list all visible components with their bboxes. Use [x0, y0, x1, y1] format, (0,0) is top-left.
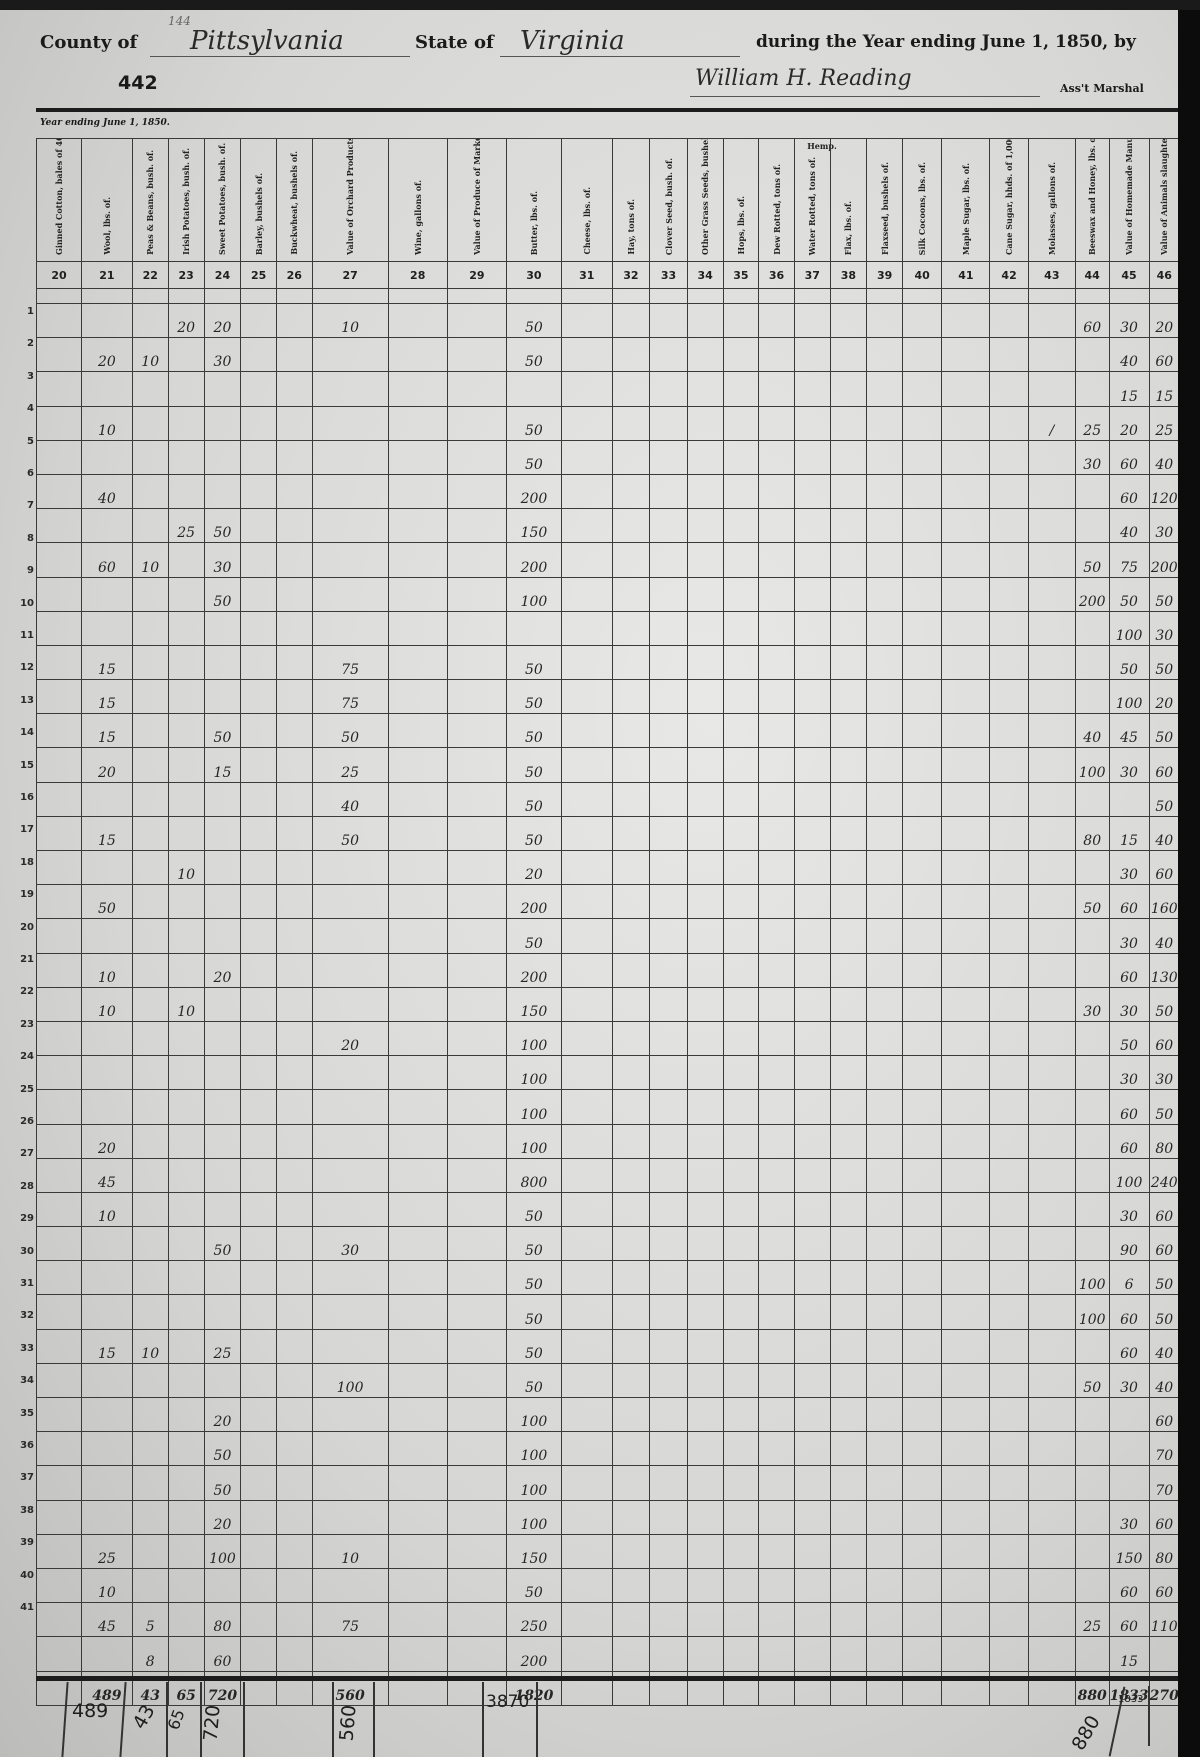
table-cell	[867, 953, 903, 987]
row-number: 12	[10, 662, 34, 673]
table-cell	[168, 1295, 204, 1329]
table-cell: 15	[204, 748, 241, 782]
table-row: 501002005050	[37, 577, 1180, 611]
table-cell: 50	[1149, 577, 1179, 611]
table-cell: 30	[1109, 987, 1149, 1021]
spacer-cell	[312, 289, 388, 304]
table-cell	[830, 1021, 867, 1055]
table-cell	[867, 1295, 903, 1329]
table-cell	[990, 748, 1029, 782]
table-cell	[867, 851, 903, 885]
table-cell	[867, 1568, 903, 1602]
table-cell	[830, 1603, 867, 1637]
column-header: Cheese, lbs. of.	[561, 139, 612, 262]
table-cell: 5	[132, 1603, 168, 1637]
table-cell: 75	[312, 645, 388, 679]
table-cell	[612, 1500, 650, 1534]
column-number: 40	[902, 262, 941, 289]
table-row: 501006050	[37, 1295, 1180, 1329]
table-cell	[942, 304, 990, 338]
table-cell: 160	[1149, 885, 1179, 919]
table-cell	[942, 1603, 990, 1637]
table-row: 5010070	[37, 1466, 1180, 1500]
table-cell	[37, 1124, 82, 1158]
table-cell	[561, 782, 612, 816]
column-header-label: Wine, gallons of.	[414, 180, 422, 255]
table-cell	[723, 1021, 759, 1055]
table-cell	[1075, 1534, 1109, 1568]
table-cell: 50	[1149, 782, 1179, 816]
table-cell	[37, 1227, 82, 1261]
table-cell	[990, 885, 1029, 919]
table-cell	[942, 1363, 990, 1397]
table-cell	[723, 577, 759, 611]
total-divider	[373, 1682, 375, 1757]
table-cell	[312, 509, 388, 543]
table-cell	[241, 406, 277, 440]
row-number: 37	[10, 1472, 34, 1483]
table-cell	[990, 1158, 1029, 1192]
table-cell	[388, 1295, 447, 1329]
table-row: 10030	[37, 611, 1180, 645]
table-cell: 200	[506, 474, 561, 508]
table-cell	[867, 1158, 903, 1192]
table-cell: 10	[312, 1534, 388, 1568]
table-cell	[723, 782, 759, 816]
column-number: 35	[723, 262, 759, 289]
table-cell: 60	[1149, 748, 1179, 782]
table-cell	[132, 645, 168, 679]
table-cell	[687, 1158, 723, 1192]
table-row: 50306040	[37, 440, 1180, 474]
table-cell	[241, 509, 277, 543]
table-cell	[1028, 1568, 1075, 1602]
table-cell	[942, 919, 990, 953]
table-cell	[132, 474, 168, 508]
table-cell: 60	[1109, 1090, 1149, 1124]
table-cell	[650, 1124, 688, 1158]
marshal-name: William H. Reading	[695, 66, 912, 91]
table-cell	[241, 1158, 277, 1192]
table-cell	[990, 816, 1029, 850]
table-cell	[942, 1192, 990, 1226]
table-cell	[168, 1021, 204, 1055]
table-cell	[82, 1261, 133, 1295]
table-cell	[37, 1568, 82, 1602]
table-cell	[867, 611, 903, 645]
table-cell	[132, 1261, 168, 1295]
table-cell	[612, 509, 650, 543]
table-cell: 30	[1109, 1192, 1149, 1226]
table-cell	[687, 1124, 723, 1158]
table-cell	[312, 1500, 388, 1534]
table-cell	[867, 440, 903, 474]
table-cell	[794, 816, 830, 850]
column-header-label: Other Grass Seeds, bushels of.	[701, 143, 709, 255]
table-cell	[650, 645, 688, 679]
table-cell	[132, 304, 168, 338]
table-cell	[168, 782, 204, 816]
table-cell	[687, 1500, 723, 1534]
table-cell	[561, 1295, 612, 1329]
table-cell	[276, 714, 312, 748]
table-cell	[312, 474, 388, 508]
table-cell	[830, 543, 867, 577]
table-cell	[867, 1329, 903, 1363]
table-cell: 50	[312, 816, 388, 850]
table-cell	[650, 885, 688, 919]
table-cell: 60	[1109, 885, 1149, 919]
table-cell	[794, 645, 830, 679]
table-cell	[37, 1398, 82, 1432]
table-cell	[830, 680, 867, 714]
table-cell	[241, 680, 277, 714]
table-cell: 15	[1149, 372, 1179, 406]
table-cell	[759, 782, 795, 816]
column-number: 24	[204, 262, 241, 289]
table-cell	[388, 372, 447, 406]
table-cell	[759, 543, 795, 577]
table-cell	[830, 885, 867, 919]
table-cell	[561, 577, 612, 611]
table-cell	[612, 372, 650, 406]
table-cell	[1028, 1432, 1075, 1466]
table-cell	[241, 440, 277, 474]
table-cell	[942, 714, 990, 748]
table-cell: 100	[506, 1021, 561, 1055]
table-cell	[1028, 1637, 1075, 1671]
table-row: 45580752502560110	[37, 1603, 1180, 1637]
table-cell: 60	[1149, 1021, 1179, 1055]
table-cell	[867, 1432, 903, 1466]
table-cell	[1028, 919, 1075, 953]
table-cell: 60	[1109, 953, 1149, 987]
table-cell: 50	[506, 1261, 561, 1295]
table-row: 1575505050	[37, 645, 1180, 679]
table-cell	[312, 1329, 388, 1363]
table-cell	[37, 372, 82, 406]
table-cell	[990, 1021, 1029, 1055]
table-cell	[1028, 1500, 1075, 1534]
table-cell	[723, 851, 759, 885]
table-cell	[388, 1021, 447, 1055]
table-cell: 10	[312, 304, 388, 338]
table-cell	[37, 1021, 82, 1055]
spacer-cell	[204, 289, 241, 304]
table-cell	[132, 1295, 168, 1329]
table-cell	[276, 782, 312, 816]
table-cell	[276, 1568, 312, 1602]
table-cell	[132, 1227, 168, 1261]
table-cell	[759, 338, 795, 372]
table-cell	[942, 1637, 990, 1671]
page-number: 442	[118, 72, 158, 94]
table-cell: 75	[312, 680, 388, 714]
spacer-cell	[561, 289, 612, 304]
table-cell	[312, 851, 388, 885]
row-number: 35	[10, 1408, 34, 1419]
row-number: 6	[10, 468, 34, 479]
column-header: Dew Rotted, tons of.	[759, 139, 795, 262]
table-cell: 50	[82, 885, 133, 919]
table-cell	[902, 919, 941, 953]
table-cell	[687, 509, 723, 543]
column-header-label: Value of Homemade Manufactures.	[1125, 143, 1133, 255]
table-cell	[1028, 816, 1075, 850]
table-cell	[990, 1363, 1029, 1397]
column-header: Ginned Cotton, bales of 400 lbs. each.	[37, 139, 82, 262]
table-cell	[902, 1466, 941, 1500]
table-cell	[276, 1227, 312, 1261]
table-cell: 25	[168, 509, 204, 543]
table-cell	[276, 645, 312, 679]
row-number: 27	[10, 1148, 34, 1159]
table-cell	[447, 474, 506, 508]
table-cell	[990, 1227, 1029, 1261]
row-number: 22	[10, 986, 34, 997]
table-cell	[37, 1466, 82, 1500]
table-cell	[276, 611, 312, 645]
table-cell	[276, 816, 312, 850]
table-cell	[1109, 1466, 1149, 1500]
table-cell	[561, 1500, 612, 1534]
table-cell	[867, 372, 903, 406]
table-cell	[902, 1090, 941, 1124]
table-cell	[168, 1500, 204, 1534]
table-cell	[1028, 1192, 1075, 1226]
row-number: 3	[10, 371, 34, 382]
table-cell	[37, 304, 82, 338]
table-cell	[902, 1329, 941, 1363]
table-cell	[990, 1500, 1029, 1534]
table-cell	[902, 645, 941, 679]
table-cell	[867, 304, 903, 338]
table-cell	[612, 1534, 650, 1568]
table-cell	[902, 577, 941, 611]
table-cell	[37, 953, 82, 987]
table-cell	[830, 1466, 867, 1500]
table-cell	[794, 1124, 830, 1158]
table-cell	[942, 680, 990, 714]
table-cell	[1028, 987, 1075, 1021]
table-cell	[132, 509, 168, 543]
table-cell: 20	[312, 1021, 388, 1055]
table-cell	[650, 1056, 688, 1090]
table-cell	[447, 645, 506, 679]
table-cell	[650, 1158, 688, 1192]
table-cell	[132, 919, 168, 953]
row-number: 32	[10, 1310, 34, 1321]
table-cell	[82, 1295, 133, 1329]
table-cell	[759, 1192, 795, 1226]
table-cell	[276, 1261, 312, 1295]
table-cell	[830, 1158, 867, 1192]
table-cell	[942, 1295, 990, 1329]
table-cell	[759, 748, 795, 782]
table-cell: 80	[1149, 1124, 1179, 1158]
table-cell	[168, 1637, 204, 1671]
table-cell	[990, 372, 1029, 406]
table-cell	[650, 1261, 688, 1295]
table-cell	[942, 577, 990, 611]
table-cell	[759, 440, 795, 474]
table-cell	[168, 1329, 204, 1363]
table-cell	[168, 1261, 204, 1295]
column-number: 39	[867, 262, 903, 289]
table-cell	[1028, 543, 1075, 577]
table-row: 15505050404550	[37, 714, 1180, 748]
table-cell	[942, 509, 990, 543]
spacer-cell	[37, 289, 82, 304]
table-cell	[37, 987, 82, 1021]
table-cell	[650, 782, 688, 816]
table-cell	[37, 440, 82, 474]
table-cell	[1075, 611, 1109, 645]
table-cell	[276, 1637, 312, 1671]
table-cell	[723, 714, 759, 748]
table-cell	[168, 748, 204, 782]
table-cell: 60	[1109, 1124, 1149, 1158]
table-cell	[204, 885, 241, 919]
marshal-label: Ass't Marshal	[1060, 82, 1144, 95]
table-cell	[168, 816, 204, 850]
table-cell	[794, 1090, 830, 1124]
table-cell	[132, 1568, 168, 1602]
table-cell	[794, 1534, 830, 1568]
county-stamp: 144	[168, 14, 191, 28]
table-cell	[168, 1056, 204, 1090]
table-cell	[312, 1124, 388, 1158]
table-cell	[794, 680, 830, 714]
table-cell	[168, 1466, 204, 1500]
table-cell	[447, 1021, 506, 1055]
table-cell	[1075, 1329, 1109, 1363]
table-cell	[447, 1158, 506, 1192]
column-header-label: Value of Animals slaughtered.	[1160, 143, 1168, 255]
column-number: 29	[447, 262, 506, 289]
table-cell	[241, 1227, 277, 1261]
table-cell	[612, 714, 650, 748]
table-cell	[561, 1568, 612, 1602]
column-header: Value of Orchard Products in dollars.	[312, 139, 388, 262]
table-cell	[867, 543, 903, 577]
spacer-cell	[867, 289, 903, 304]
table-cell	[132, 885, 168, 919]
table-cell	[990, 1056, 1029, 1090]
table-cell	[276, 953, 312, 987]
table-cell	[168, 1363, 204, 1397]
table-cell	[1075, 782, 1109, 816]
scan-edge-right	[1178, 0, 1200, 1757]
table-cell	[990, 987, 1029, 1021]
table-cell	[132, 748, 168, 782]
table-cell	[241, 474, 277, 508]
table-cell	[650, 919, 688, 953]
spacer-cell	[447, 289, 506, 304]
table-cell	[612, 1192, 650, 1226]
table-cell	[561, 1056, 612, 1090]
table-cell	[37, 885, 82, 919]
table-cell	[241, 885, 277, 919]
table-cell	[612, 1227, 650, 1261]
table-cell	[312, 987, 388, 1021]
table-cell	[37, 1158, 82, 1192]
table-cell	[990, 338, 1029, 372]
table-cell	[312, 1295, 388, 1329]
table-cell: 10	[168, 851, 204, 885]
table-cell	[723, 645, 759, 679]
table-cell	[759, 1227, 795, 1261]
table-cell	[561, 1124, 612, 1158]
table-cell	[650, 1021, 688, 1055]
table-cell	[82, 1363, 133, 1397]
column-header-label: Flax, lbs. of.	[844, 201, 852, 255]
table-cell	[132, 440, 168, 474]
table-cell	[276, 1500, 312, 1534]
table-cell	[241, 645, 277, 679]
table-row: 10506060	[37, 1568, 1180, 1602]
table-cell: 30	[1109, 1500, 1149, 1534]
subheader: Year ending June 1, 1850.	[40, 118, 170, 128]
table-cell: 30	[1109, 919, 1149, 953]
table-cell	[447, 1295, 506, 1329]
column-header-label: Beeswax and Honey, lbs. of.	[1088, 143, 1096, 255]
table-cell	[759, 1056, 795, 1090]
table-cell	[612, 885, 650, 919]
table-cell	[942, 645, 990, 679]
table-cell	[830, 953, 867, 987]
table-cell	[902, 1295, 941, 1329]
table-row: 151025506040	[37, 1329, 1180, 1363]
table-cell	[759, 1295, 795, 1329]
column-header: Irish Potatoes, bush. of.	[168, 139, 204, 262]
table-cell: 50	[1109, 577, 1149, 611]
spacer-cell	[902, 289, 941, 304]
table-cell: 15	[82, 816, 133, 850]
total-wool: 489	[72, 1700, 108, 1722]
table-cell	[650, 953, 688, 987]
table-cell	[759, 987, 795, 1021]
table-cell: 20	[204, 1500, 241, 1534]
table-cell	[759, 714, 795, 748]
table-cell	[867, 1500, 903, 1534]
table-cell: 15	[1109, 816, 1149, 850]
table-cell: 60	[1109, 1603, 1149, 1637]
table-cell: 40	[1109, 509, 1149, 543]
column-header: Flaxseed, bushels of.	[867, 139, 903, 262]
table-cell	[561, 1637, 612, 1671]
table-cell	[388, 1090, 447, 1124]
column-header: Butter, lbs. of.	[506, 139, 561, 262]
table-cell: 50	[506, 1192, 561, 1226]
table-cell	[794, 953, 830, 987]
table-cell	[1028, 1363, 1075, 1397]
column-header-label: Hay, tons of.	[627, 199, 635, 255]
table-cell	[1028, 885, 1075, 919]
table-cell	[1028, 611, 1075, 645]
table-cell	[276, 543, 312, 577]
table-cell	[561, 816, 612, 850]
table-cell	[388, 1192, 447, 1226]
table-cell	[990, 406, 1029, 440]
table-cell	[82, 440, 133, 474]
table-cell	[794, 1568, 830, 1602]
table-cell	[132, 816, 168, 850]
table-cell	[312, 1466, 388, 1500]
spacer-cell	[168, 289, 204, 304]
table-cell	[612, 680, 650, 714]
table-cell	[759, 1500, 795, 1534]
